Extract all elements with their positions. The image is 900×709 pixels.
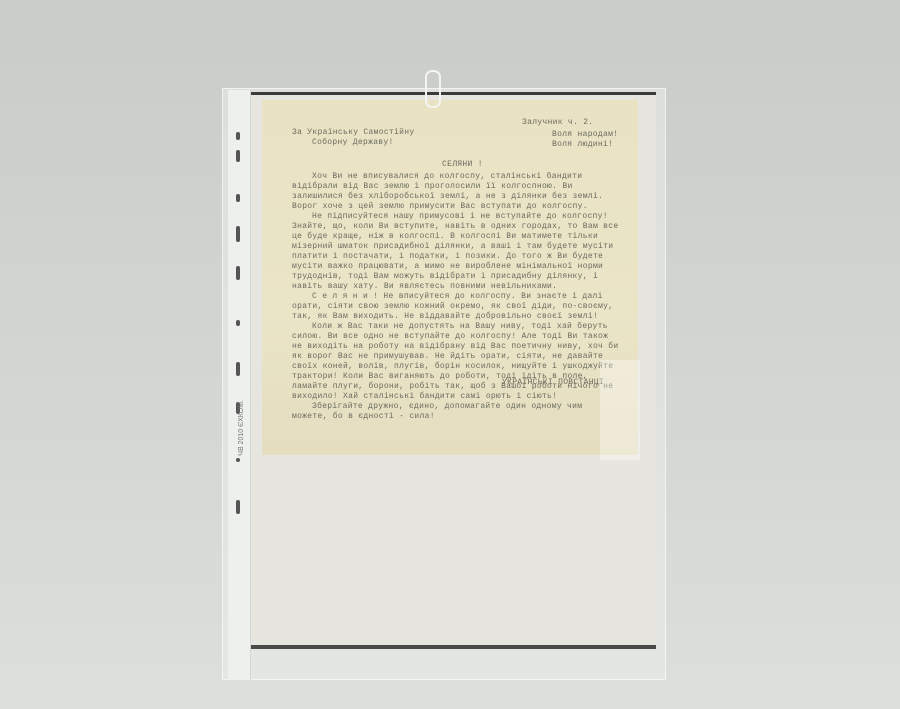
- leaflet-paper: Залучник ч. 2. Воля народам! Воля людині…: [262, 100, 638, 455]
- paragraph: Хоч Ви не вписувалися до колгоспу, сталі…: [292, 172, 622, 212]
- paragraph: Коли ж Вас таки не допустять на Вашу нив…: [292, 322, 622, 402]
- header-right-3: Воля людині!: [552, 140, 613, 150]
- leaflet-title: СЕЛЯНИ !: [442, 160, 483, 170]
- punched-strip: [228, 90, 251, 680]
- header-left-2: Соборну Державу!: [312, 138, 394, 148]
- sleeve-glare: [600, 360, 640, 460]
- paragraph: С е л я н и ! Не вписуйтеся до колгоспу.…: [292, 292, 622, 322]
- signature: УКРАЇНСЬКІ ПОВСТАНЦІ: [502, 378, 604, 388]
- paragraph: Не підписуйтеся нашу примусові і не всту…: [292, 212, 622, 292]
- header-left-1: За Українську Самостійну: [292, 128, 414, 138]
- header-right-2: Воля народам!: [552, 130, 618, 140]
- sleeve-label: ЧВ 2010 ЄХКОМ.: [238, 400, 245, 456]
- header-right-1: Залучник ч. 2.: [522, 118, 593, 128]
- paragraph: Зберігайте дружно, єдино, допомагайте од…: [292, 402, 622, 422]
- paperclip-icon: [425, 70, 441, 108]
